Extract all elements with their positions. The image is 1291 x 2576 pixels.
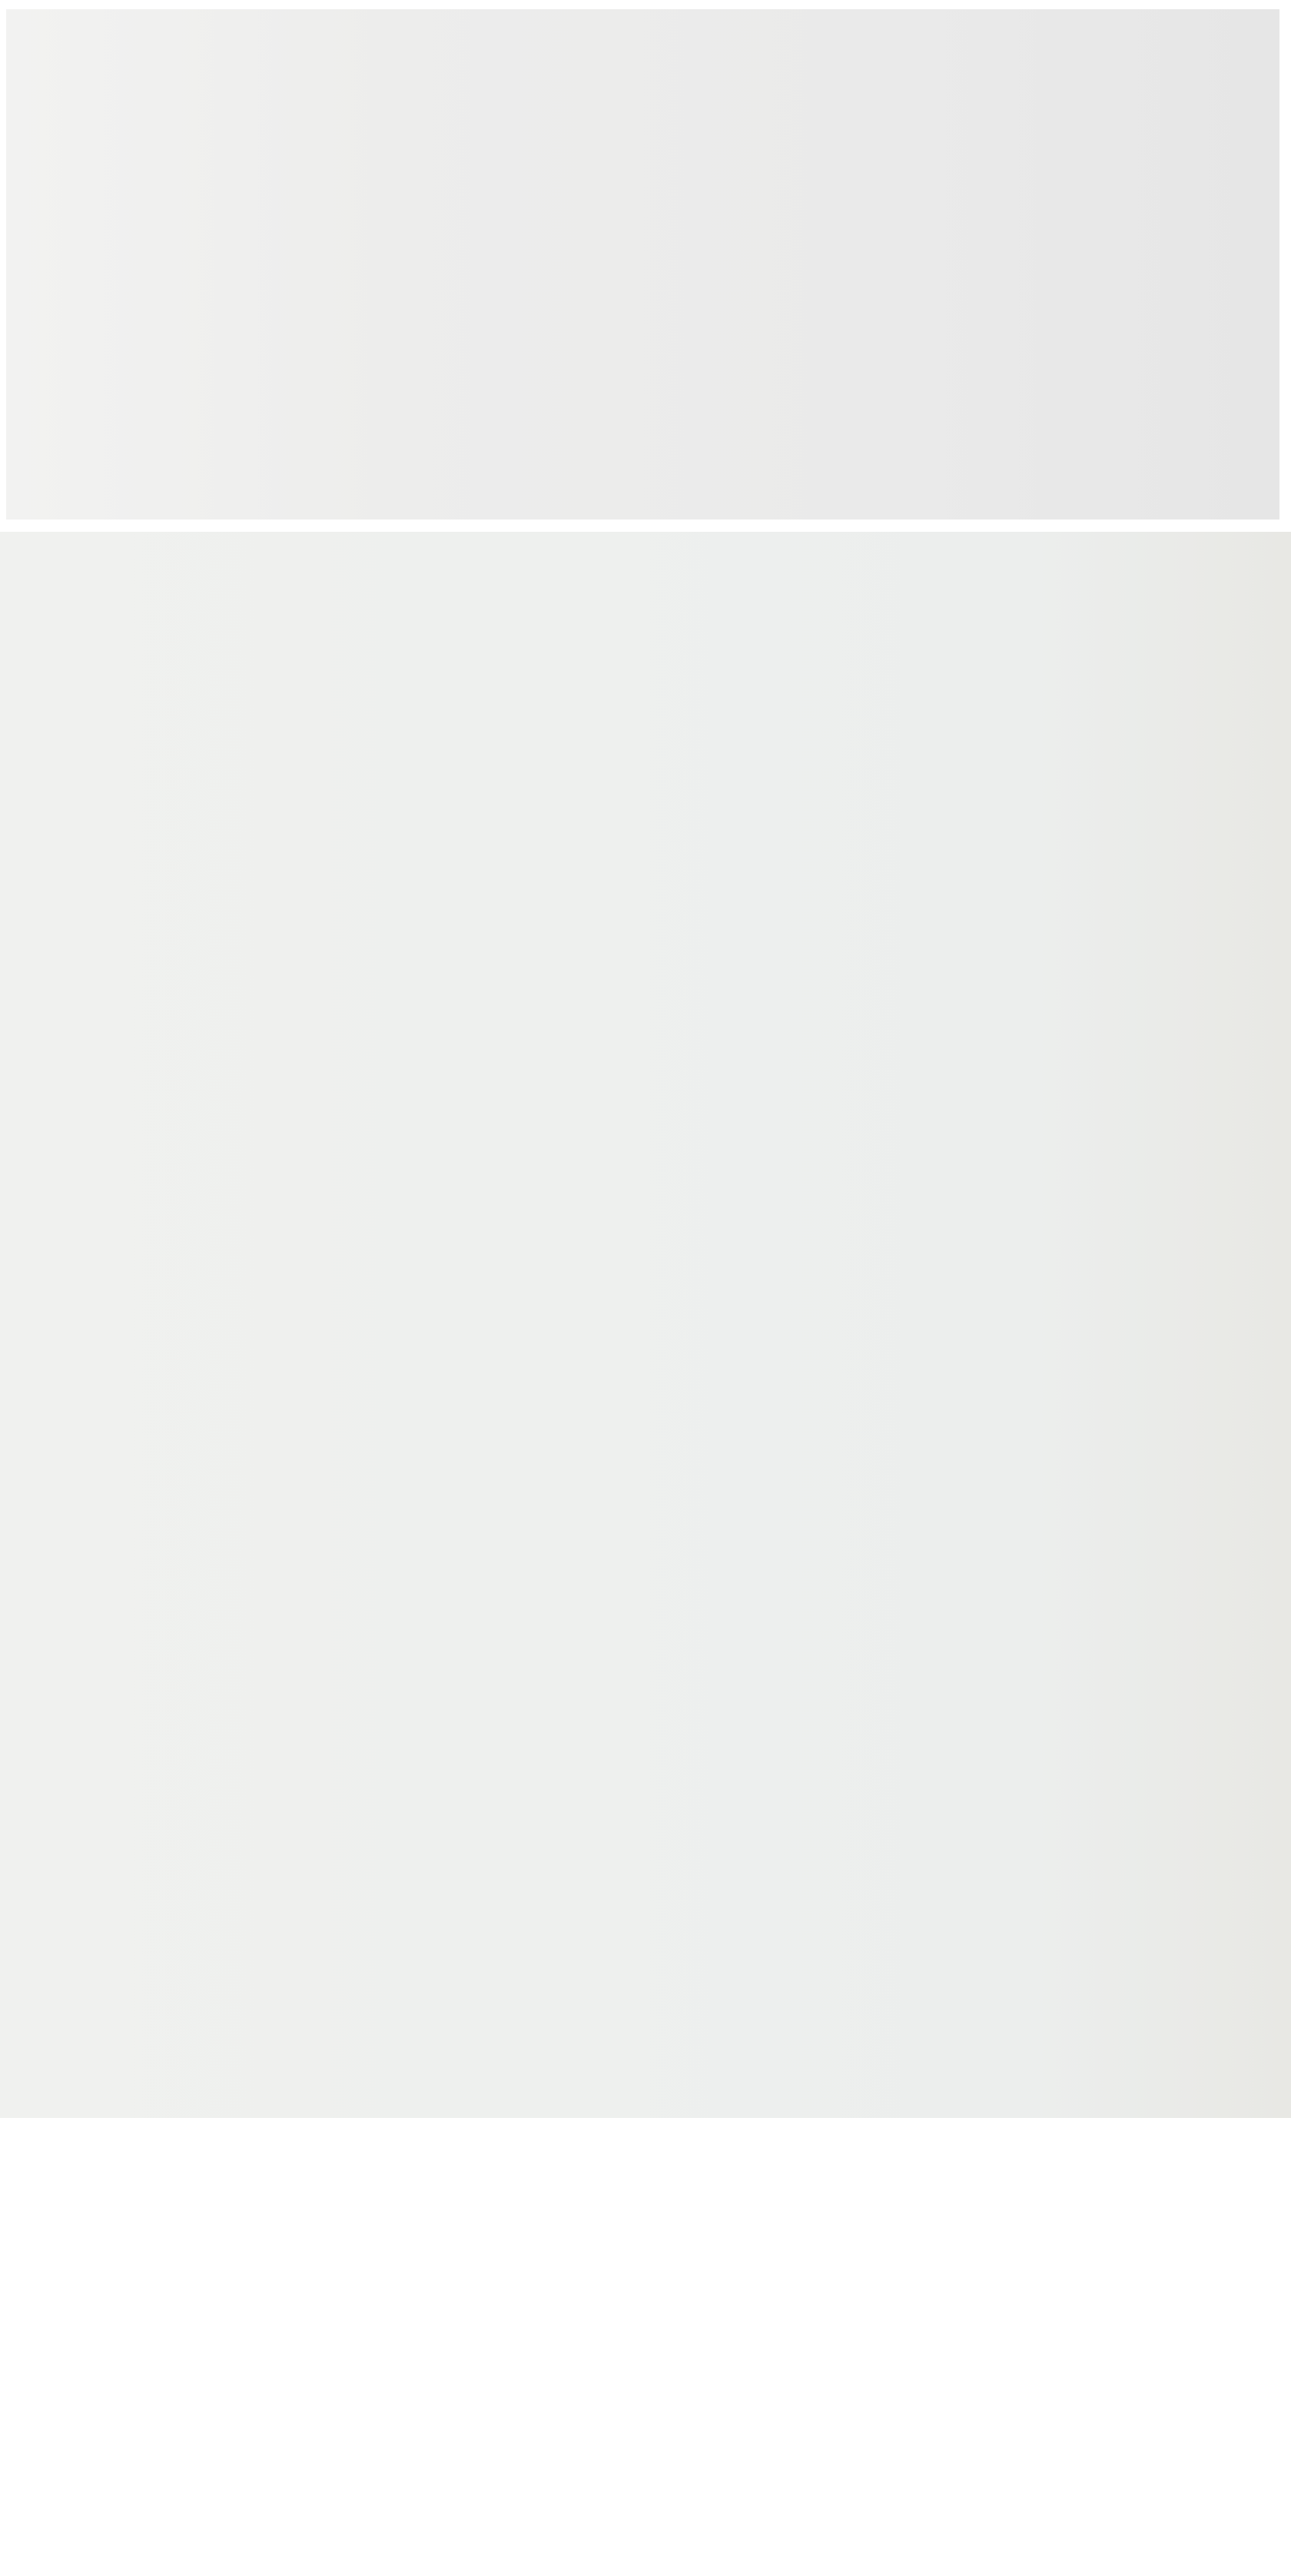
page-fragment-152 xyxy=(6,9,1279,520)
page-fragment-156 xyxy=(0,532,1291,2118)
